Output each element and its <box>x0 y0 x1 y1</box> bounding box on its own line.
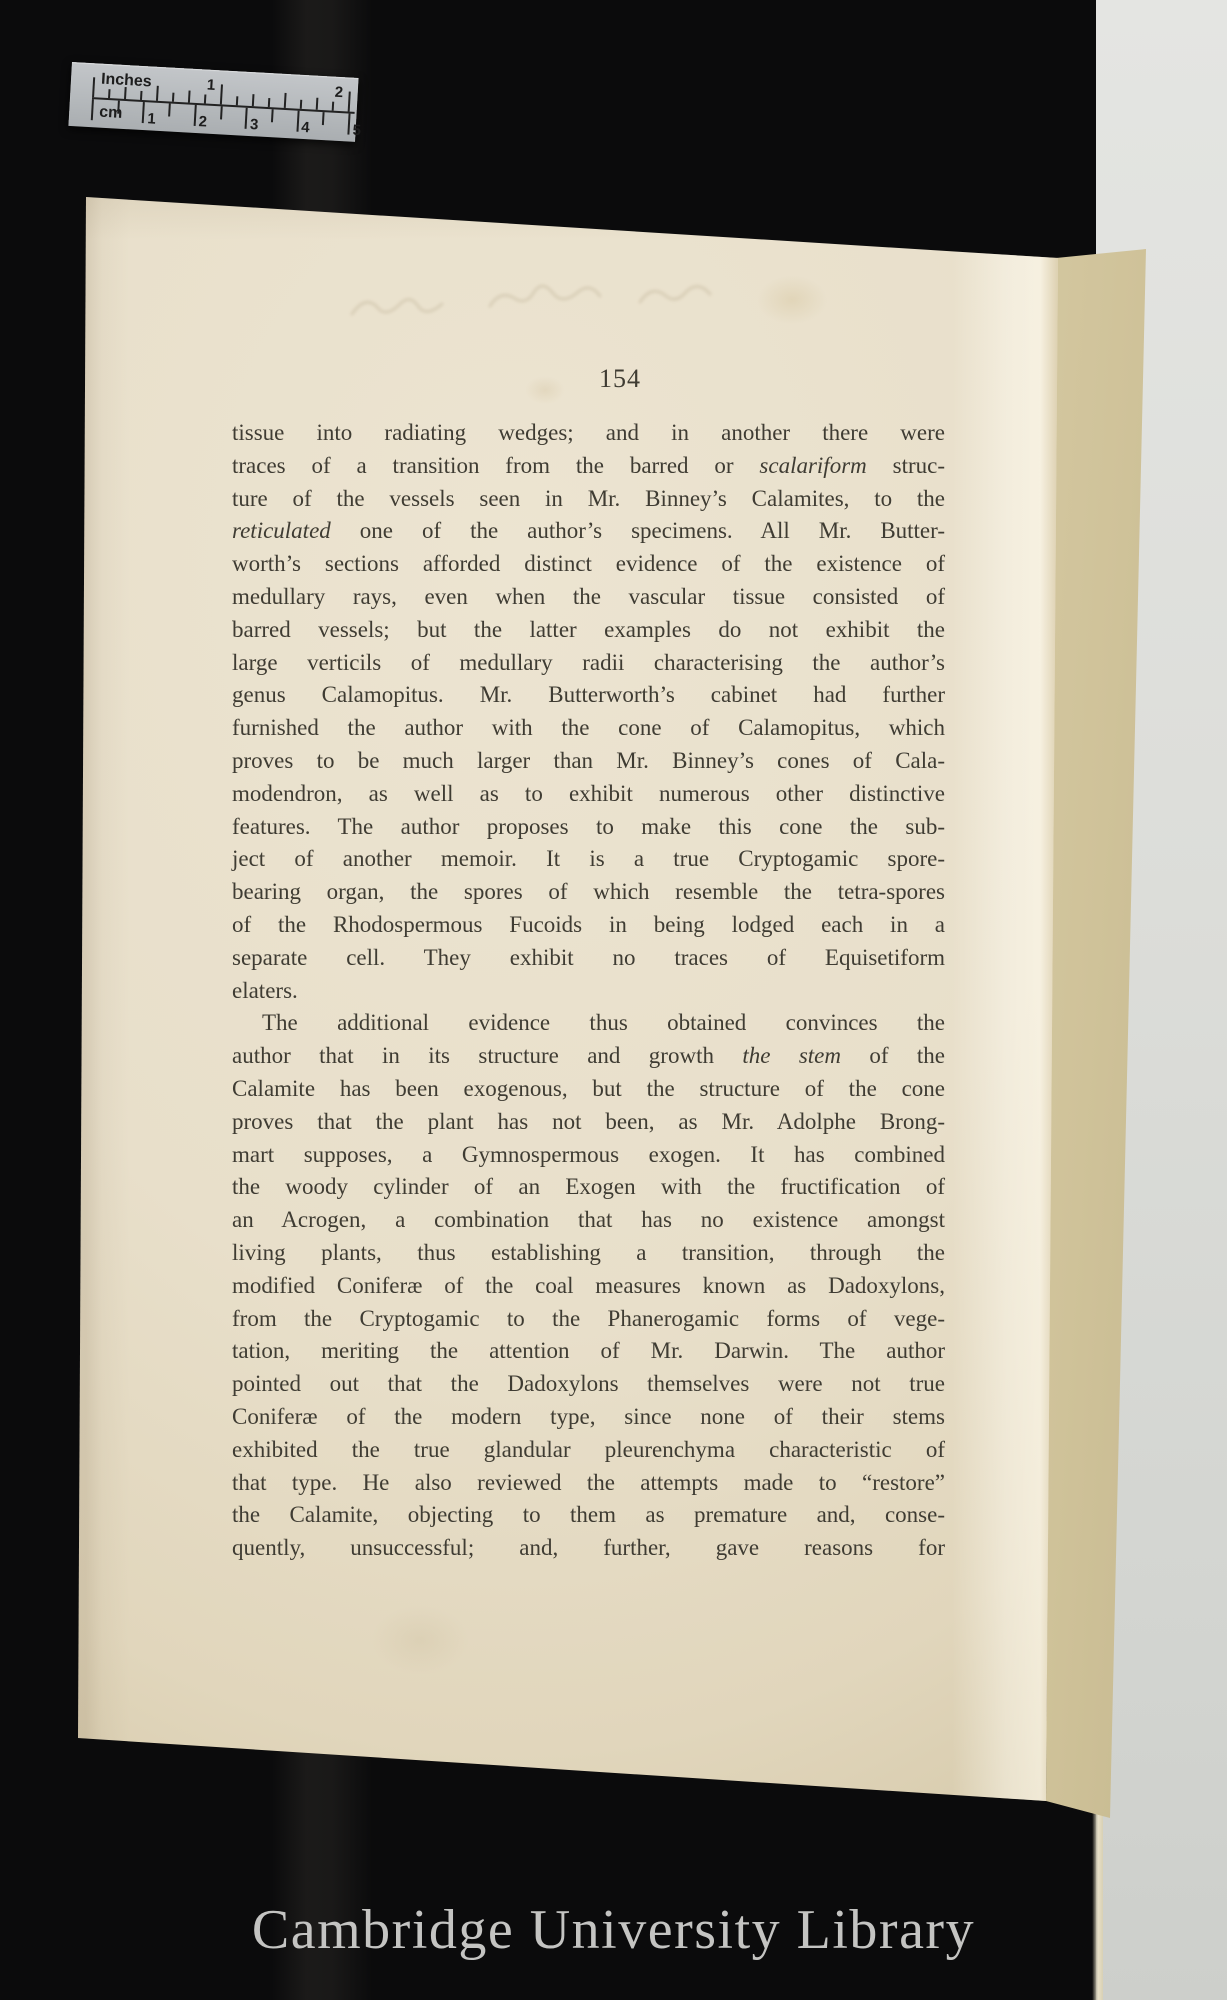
text-line: the woody cylinder of an Exogen with the… <box>232 1171 945 1204</box>
ruler-tick <box>271 109 274 122</box>
page-number: 154 <box>560 364 680 394</box>
ruler-tick <box>193 105 196 126</box>
text-line: modendron, as well as to exhibit numerou… <box>232 778 945 811</box>
text-line: bearing organ, the spores of which resem… <box>232 876 945 909</box>
text-line: Coniferæ of the modern type, since none … <box>232 1401 945 1434</box>
text-line: modified Coniferæ of the coal measures k… <box>232 1270 945 1303</box>
text-line: an Acrogen, a combination that has no ex… <box>232 1204 945 1237</box>
text-line: medullary rays, even when the vascular t… <box>232 581 945 614</box>
text-line: living plants, thus establishing a trans… <box>232 1237 945 1270</box>
text-line: separate cell. They exhibit no traces of… <box>232 942 945 975</box>
text-line: barred vessels; but the latter examples … <box>232 614 945 647</box>
text-line: The additional evidence thus obtained co… <box>232 1007 945 1040</box>
ruler-tick <box>168 103 171 116</box>
text-line: proves that the plant has not been, as M… <box>232 1106 945 1139</box>
text-line: from the Cryptogamic to the Phanerogamic… <box>232 1303 945 1336</box>
ruler-tick <box>140 91 142 100</box>
scan-background: 154 tissue into radiating wedges; and in… <box>0 0 1227 2000</box>
ruler-tick <box>92 77 95 97</box>
ruler-tick <box>91 99 94 120</box>
text-line: Calamite has been exogenous, but the str… <box>232 1073 945 1106</box>
ruler-number: 4 <box>301 119 310 136</box>
ruler-tick <box>348 91 351 111</box>
ruler-tick <box>296 111 299 132</box>
book-page: 154 tissue into radiating wedges; and in… <box>0 0 1227 2000</box>
text-line: large verticils of medullary radii chara… <box>232 647 945 680</box>
ruler-tick <box>220 84 223 104</box>
ruler-tick <box>220 106 223 119</box>
ruler-tick <box>188 91 191 103</box>
page-text: tissue into radiating wedges; and in ano… <box>232 417 945 1565</box>
ruler-tick <box>108 89 110 98</box>
ruler-number: 5 <box>352 122 361 139</box>
ruler-tick <box>268 98 270 107</box>
ruler-tick <box>252 94 255 106</box>
ruler-number: 2 <box>198 113 207 130</box>
text-line: tissue into radiating wedges; and in ano… <box>232 417 945 450</box>
text-line: ject of another memoir. It is a true Cry… <box>232 843 945 876</box>
text-line: elaters. <box>232 975 945 1008</box>
text-line: worth’s sections afforded distinct evide… <box>232 548 945 581</box>
text-line: features. The author proposes to make th… <box>232 811 945 844</box>
ruler-number: 1 <box>206 77 215 94</box>
ruler-tick <box>332 102 334 111</box>
library-watermark: Cambridge University Library <box>0 1898 1227 1962</box>
text-line: that type. He also reviewed the attempts… <box>232 1467 945 1500</box>
ruler-number: 1 <box>147 110 156 127</box>
text-line: tation, meriting the attention of Mr. Da… <box>232 1335 945 1368</box>
ruler-tick <box>236 96 238 105</box>
ink-show-through <box>340 272 760 342</box>
text-line: exhibited the true glandular pleurenchym… <box>232 1434 945 1467</box>
ruler-tick <box>322 112 325 125</box>
text-line: quently, unsuccessful; and, further, gav… <box>232 1532 945 1565</box>
text-line: proves to be much larger than Mr. Binney… <box>232 745 945 778</box>
ruler-number: 3 <box>249 116 258 133</box>
text-line: the Calamite, objecting to them as prema… <box>232 1499 945 1532</box>
text-line: furnished the author with the cone of Ca… <box>232 712 945 745</box>
ruler-tick <box>204 94 206 103</box>
text-line: pointed out that the Dadoxylons themselv… <box>232 1368 945 1401</box>
ruler-tick <box>300 100 302 109</box>
ruler-tick <box>156 86 159 101</box>
ruler-tick <box>316 98 319 110</box>
ruler-tick <box>124 87 127 99</box>
text-line: genus Calamopitus. Mr. Butterworth’s cab… <box>232 679 945 712</box>
ruler-number: 2 <box>334 84 343 101</box>
text-line: traces of a transition from the barred o… <box>232 450 945 483</box>
ruler-tick <box>245 108 248 129</box>
ruler-tick <box>142 102 145 123</box>
ruler-tick <box>347 114 350 135</box>
ruler-tick <box>172 93 174 102</box>
text-line: reticulated one of the author’s specimen… <box>232 515 945 548</box>
text-line: mart supposes, a Gymnospermous exogen. I… <box>232 1139 945 1172</box>
page-edge-sliver <box>1092 1786 1103 2000</box>
text-line: author that in its structure and growth … <box>232 1040 945 1073</box>
text-line: of the Rhodospermous Fucoids in being lo… <box>232 909 945 942</box>
ruler-tick <box>284 93 287 108</box>
text-line: ture of the vessels seen in Mr. Binney’s… <box>232 483 945 516</box>
